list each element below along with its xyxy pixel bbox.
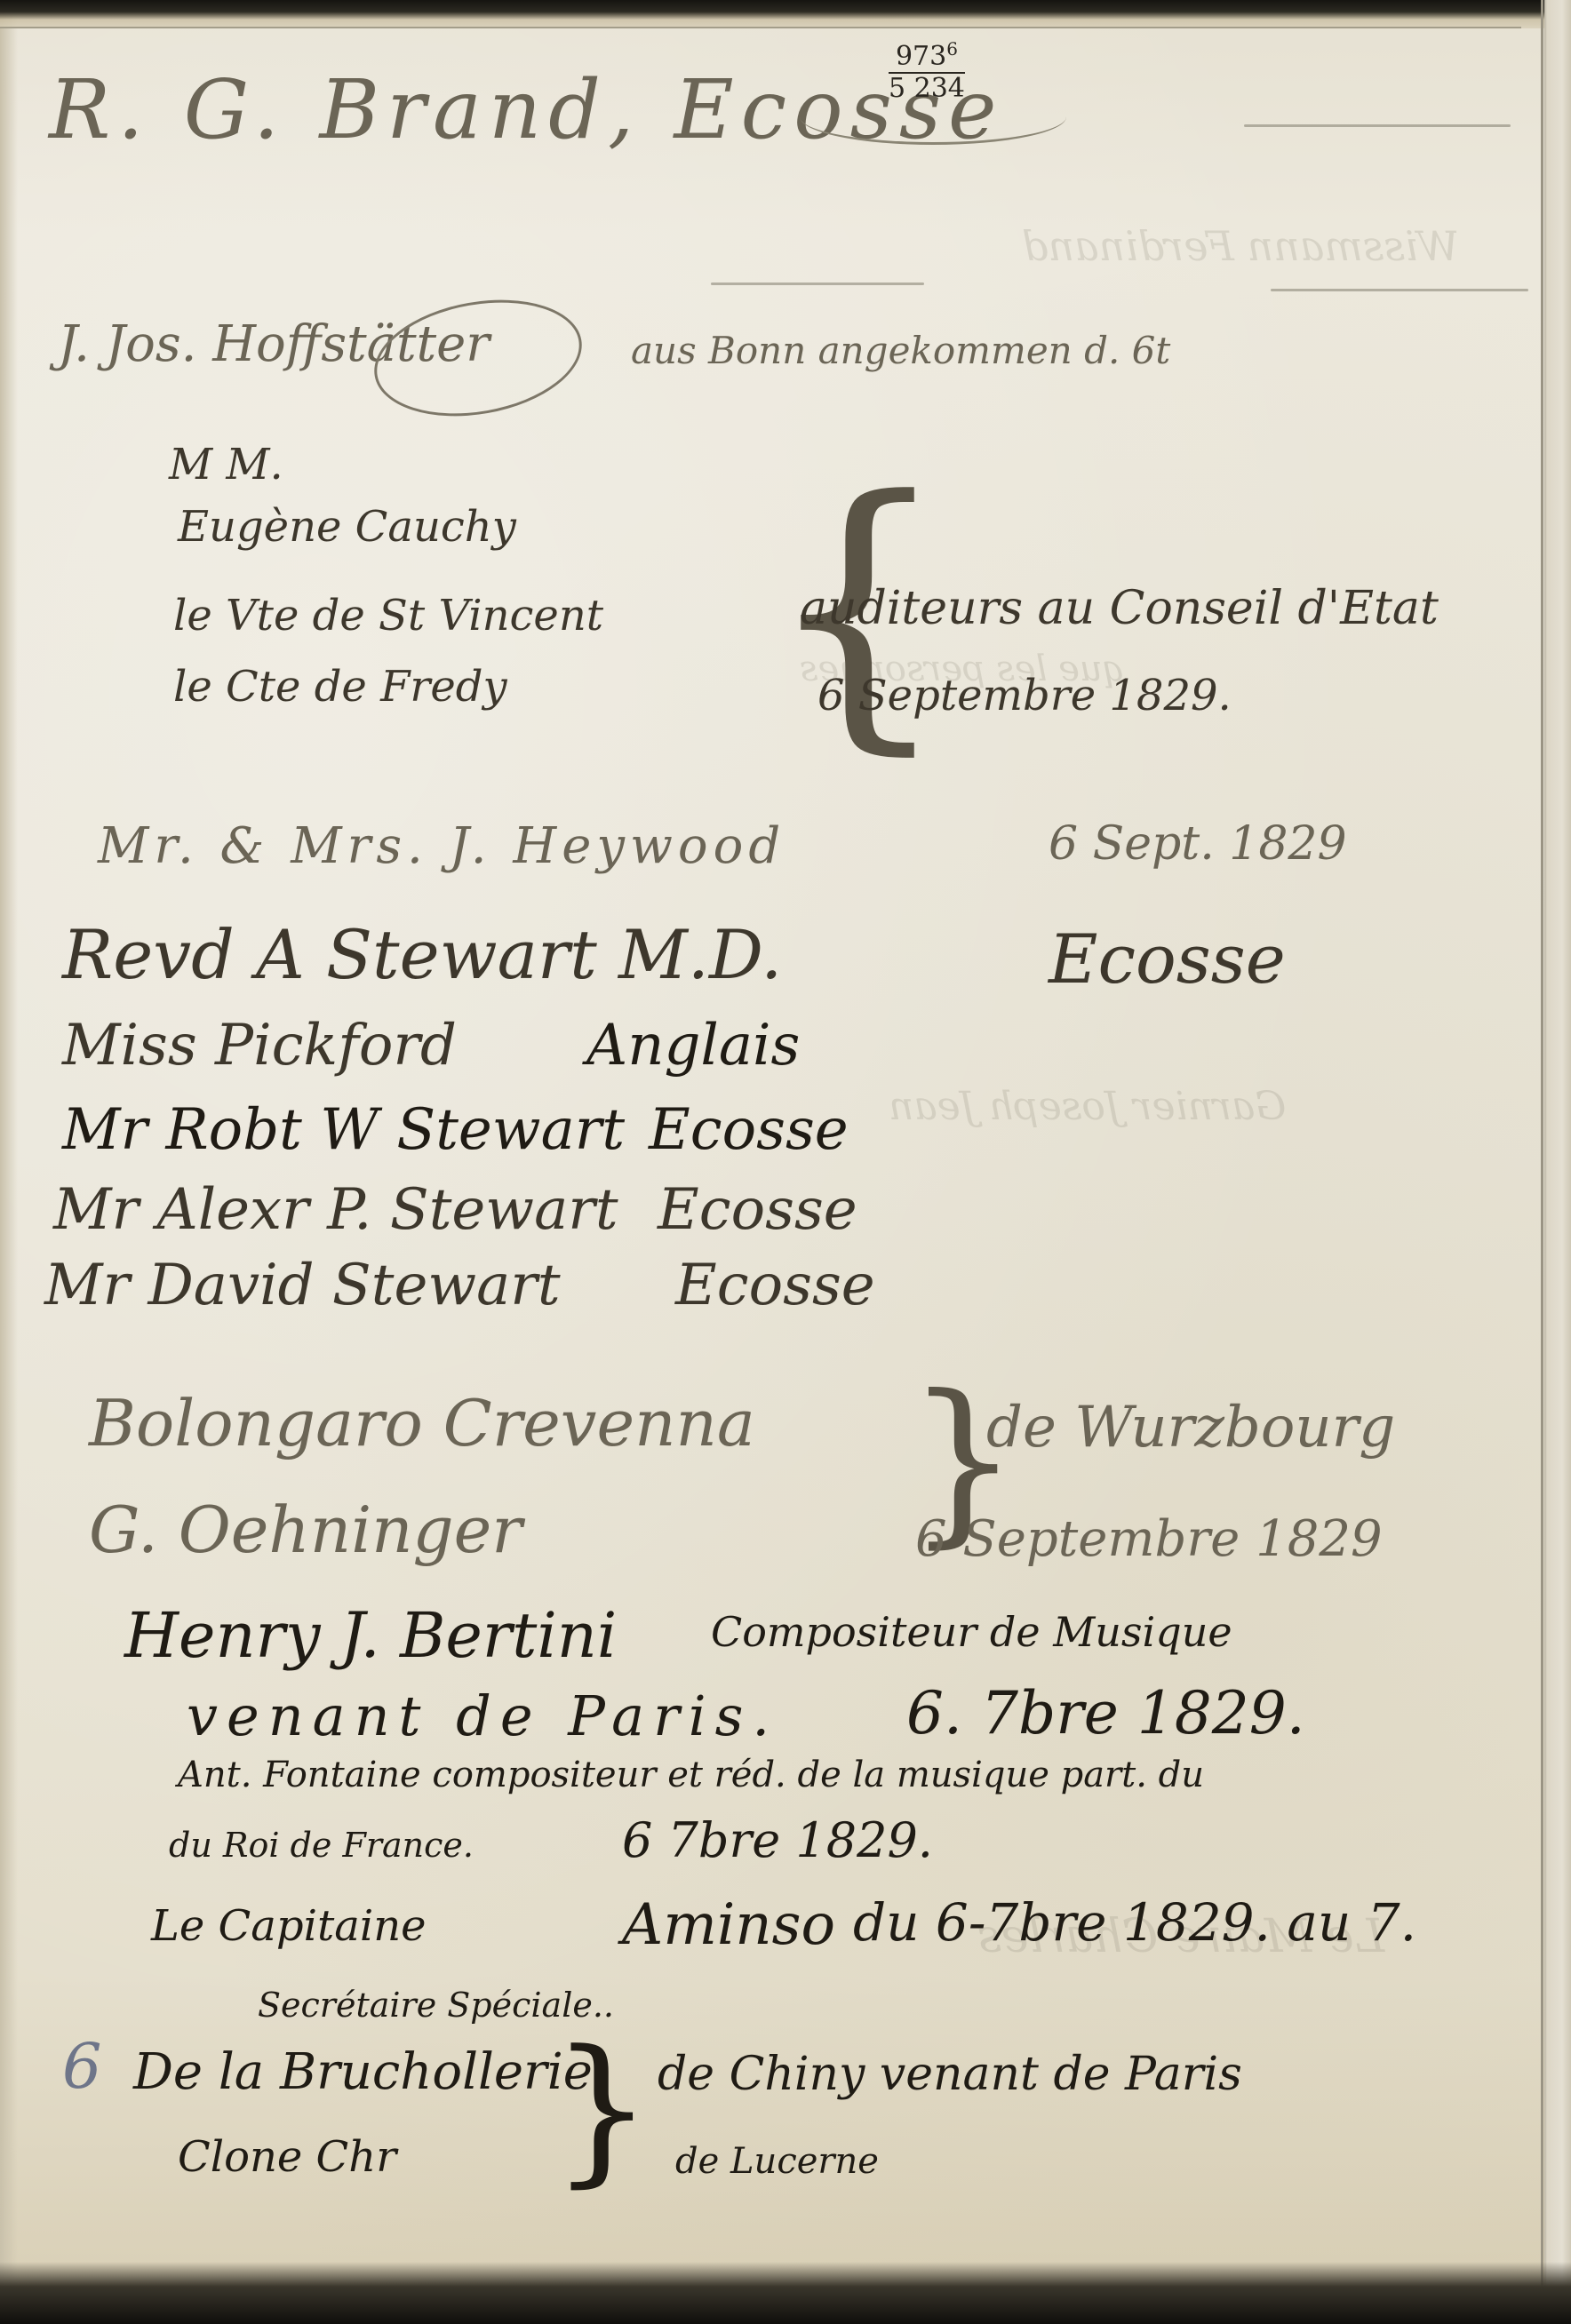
guest-name: Clone Chr <box>178 2132 396 2182</box>
entry-date: 6. 7bre 1829. <box>906 1679 1305 1747</box>
guest-origin: de Lucerne <box>675 2141 879 2182</box>
guest-name: De la Bruchollerie <box>133 2043 593 2101</box>
annotation-denominator: 5 234 <box>889 73 965 104</box>
guest-name: Revd A Stewart M.D. <box>62 915 782 994</box>
guest-name: le Vte de St Vincent <box>173 591 603 641</box>
annotation-sub: 6 <box>946 38 958 60</box>
entry-date: 6 Septembre 1829. <box>817 671 1232 720</box>
guest-name: Ant. Fontaine compositeur et réd. de la … <box>178 1755 1204 1795</box>
guest-name: Bolongaro Crevenna <box>89 1386 755 1460</box>
guest-title: auditeurs au Conseil d'Etat <box>800 582 1439 635</box>
entry-date: 6 Septembre 1829 <box>915 1510 1383 1568</box>
guest-name: Mr David Stewart <box>44 1253 561 1318</box>
entry-date: 6 Sept. 1829 <box>1049 817 1347 871</box>
guest-origin: Ecosse <box>1049 919 1286 999</box>
grouping-brace: { <box>551 2030 653 2190</box>
guest-title: Le Capitaine <box>151 1901 427 1951</box>
guest-origin: Ecosse <box>658 1177 857 1243</box>
arrival-note: venant de Paris. <box>187 1683 778 1748</box>
entry-date: du 6-7bre 1829. au 7. <box>853 1892 1416 1953</box>
entry-heading: M M. <box>169 440 283 489</box>
top-ruled-line <box>0 27 1521 28</box>
folio-annotation: 9736 5 234 <box>889 40 965 102</box>
right-page-edge <box>1544 0 1571 2324</box>
guest-name: Eugène Cauchy <box>178 502 516 552</box>
entry-date: 6 7bre 1829. <box>622 1812 933 1868</box>
guest-origin: Ecosse <box>649 1097 849 1163</box>
guest-name: le Cte de Fredy <box>173 662 507 712</box>
guest-name: Mr. & Mrs. J. Heywood <box>98 817 785 875</box>
guest-origin: Anglais <box>586 1013 800 1078</box>
page-fold-line <box>1541 0 1543 2324</box>
guest-name: Aminso <box>622 1892 835 1958</box>
guest-name: Mr Alexr P. Stewart <box>53 1177 618 1243</box>
bleed-through-text: Wissmann Ferdinand <box>1022 222 1459 270</box>
margin-number: 6 <box>62 2030 102 2103</box>
guest-title: du Roi de France. <box>169 1826 474 1865</box>
guest-name: G. Oehninger <box>89 1492 522 1567</box>
guest-name: Henry J. Bertini <box>124 1599 617 1672</box>
left-edge-shadow <box>0 0 18 2324</box>
ruled-line <box>1244 124 1511 127</box>
guest-origin: de Wurzbourg <box>986 1395 1395 1460</box>
top-torn-edge <box>0 0 1571 20</box>
arrival-note: aus Bonn angekommen d. 6t <box>631 329 1170 372</box>
bottom-torn-edge <box>0 2262 1571 2324</box>
guest-origin: de Chiny venant de Paris <box>658 2048 1242 2101</box>
guest-origin: Ecosse <box>675 1253 875 1318</box>
ruled-line <box>711 283 924 285</box>
bleed-through-text: Garnier Joseph Jean <box>889 1084 1286 1129</box>
name-loop-flourish <box>365 284 591 431</box>
ruled-line <box>1271 289 1528 291</box>
guest-title: Compositeur de Musique <box>711 1608 1232 1656</box>
guest-name: Miss Pickford <box>62 1013 457 1078</box>
annotation-numerator: 973 <box>896 41 946 72</box>
manuscript-page: Wissmann Ferdinand que les personnes Gar… <box>0 0 1571 2324</box>
guest-name: Mr Robt W Stewart <box>62 1097 625 1163</box>
